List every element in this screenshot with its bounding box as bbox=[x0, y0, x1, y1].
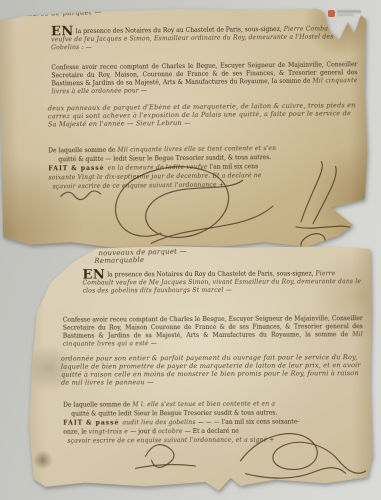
opening-line: EN la presence des Notaires du Roy au Ch… bbox=[51, 25, 355, 52]
opening-line: EN la presence des Notaires du Roy du Ch… bbox=[82, 270, 362, 295]
receipt-line: De laquelle somme de M l. elle s'est ten… bbox=[63, 400, 363, 410]
opening-printed-text: la presence des Notaires du Roy du Chast… bbox=[105, 270, 315, 278]
right-signature-stroke bbox=[312, 166, 336, 223]
detail-handwritten-paragraph: deux panneaux de parquet d'Ebène et de m… bbox=[48, 101, 358, 128]
signature-flourishes-doc2 bbox=[25, 423, 373, 491]
document-top: fournitures de parquet — EN la presence … bbox=[0, 3, 369, 253]
central-paraph bbox=[115, 166, 243, 238]
document-bottom-paper: nouveaux de parquet — Remarquable EN la … bbox=[24, 245, 373, 495]
receipt-handwritten-sum: M l. elle s'est tenue et bien contente e… bbox=[132, 401, 275, 409]
body-printed-text: Confesse avoir receu comptant de Charles… bbox=[63, 315, 363, 340]
archivist-annotation-2: Remarquable bbox=[94, 257, 144, 265]
photo-canvas: fournitures de parquet — EN la presence … bbox=[0, 0, 381, 500]
document-bottom: nouveaux de parquet — Remarquable EN la … bbox=[24, 245, 373, 495]
receipt-printed-text: De laquelle somme de bbox=[63, 401, 132, 408]
detail-handwritten-paragraph: ordonnée pour son entier & parfait payem… bbox=[61, 353, 363, 387]
signature-flourishes-doc1 bbox=[0, 149, 369, 253]
right-signature-stroke bbox=[296, 226, 354, 230]
body-paragraph: Confesse avoir receu comptant de Charles… bbox=[51, 61, 357, 96]
right-signature-stroke bbox=[300, 162, 323, 222]
body-printed-text: Confesse avoir receu comptant de Charles… bbox=[51, 61, 357, 87]
document-top-paper: fournitures de parquet — EN la presence … bbox=[0, 3, 369, 253]
archivist-annotation: fournitures de parquet — bbox=[7, 9, 102, 19]
right-signature-flourish bbox=[240, 433, 365, 474]
quittance-line: quitté & quitte ledit Sieur le Besgue Tr… bbox=[71, 409, 363, 419]
central-paraph-underline bbox=[151, 206, 273, 243]
central-paraph-underline bbox=[135, 464, 195, 468]
signature-word bbox=[61, 191, 101, 200]
body-paragraph: Confesse avoir receu comptant de Charles… bbox=[63, 315, 363, 349]
